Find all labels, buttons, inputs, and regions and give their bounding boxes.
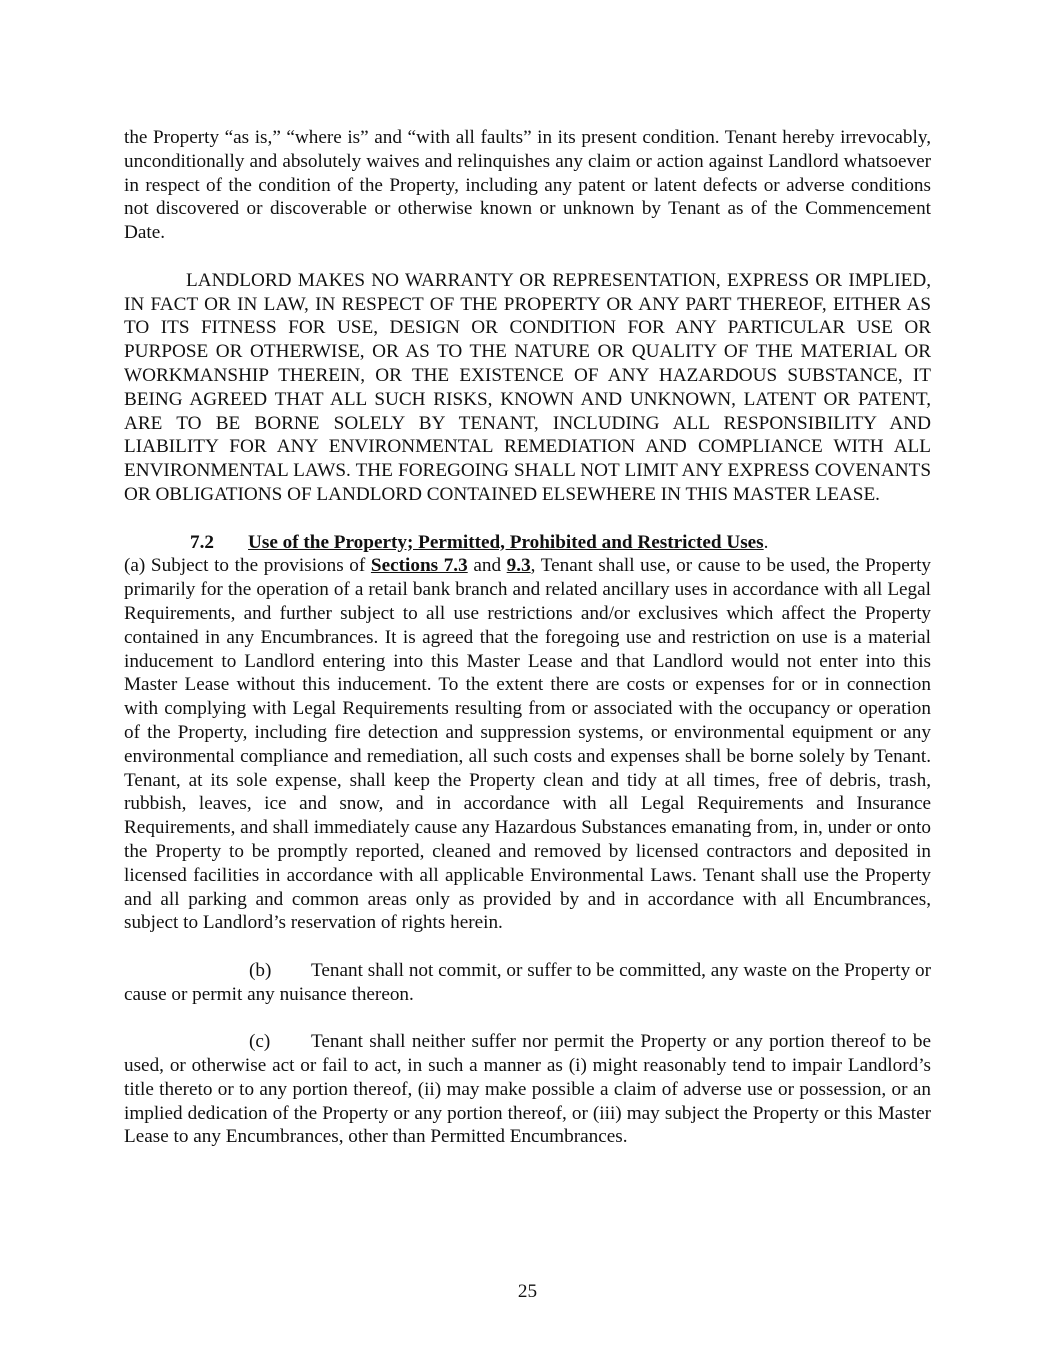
subsection-b: (b)Tenant shall not commit, or suffer to… <box>124 959 931 1007</box>
paragraph-no-warranty: LANDLORD MAKES NO WARRANTY OR REPRESENTA… <box>124 269 931 507</box>
document-page: the Property “as is,” “where is” and “wi… <box>124 126 931 1173</box>
subsection-c-label: (c) <box>249 1030 311 1054</box>
subsection-a-mid: and <box>468 555 507 576</box>
section-reference-7-3: Sections 7.3 <box>371 555 468 576</box>
page-number: 25 <box>0 1281 1055 1303</box>
section-number: 7.2 <box>190 531 248 555</box>
subsection-a: (a) Subject to the provisions of Section… <box>124 554 931 935</box>
subsection-c-text: Tenant shall neither suffer nor permit t… <box>124 1031 931 1147</box>
subsection-a-pre: Subject to the provisions of <box>145 555 371 576</box>
section-title: Use of the Property; Permitted, Prohibit… <box>248 532 764 553</box>
subsection-b-text: Tenant shall not commit, or suffer to be… <box>124 960 931 1005</box>
section-heading: 7.2Use of the Property; Permitted, Prohi… <box>124 531 931 555</box>
subsection-b-label: (b) <box>249 959 311 983</box>
section-reference-9-3: 9.3 <box>507 555 531 576</box>
subsection-a-label: (a) <box>124 555 145 576</box>
subsection-c: (c)Tenant shall neither suffer nor permi… <box>124 1030 931 1149</box>
subsection-a-text: , Tenant shall use, or cause to be used,… <box>124 555 931 933</box>
section-title-period: . <box>764 532 769 553</box>
paragraph-as-is-condition: the Property “as is,” “where is” and “wi… <box>124 126 931 245</box>
